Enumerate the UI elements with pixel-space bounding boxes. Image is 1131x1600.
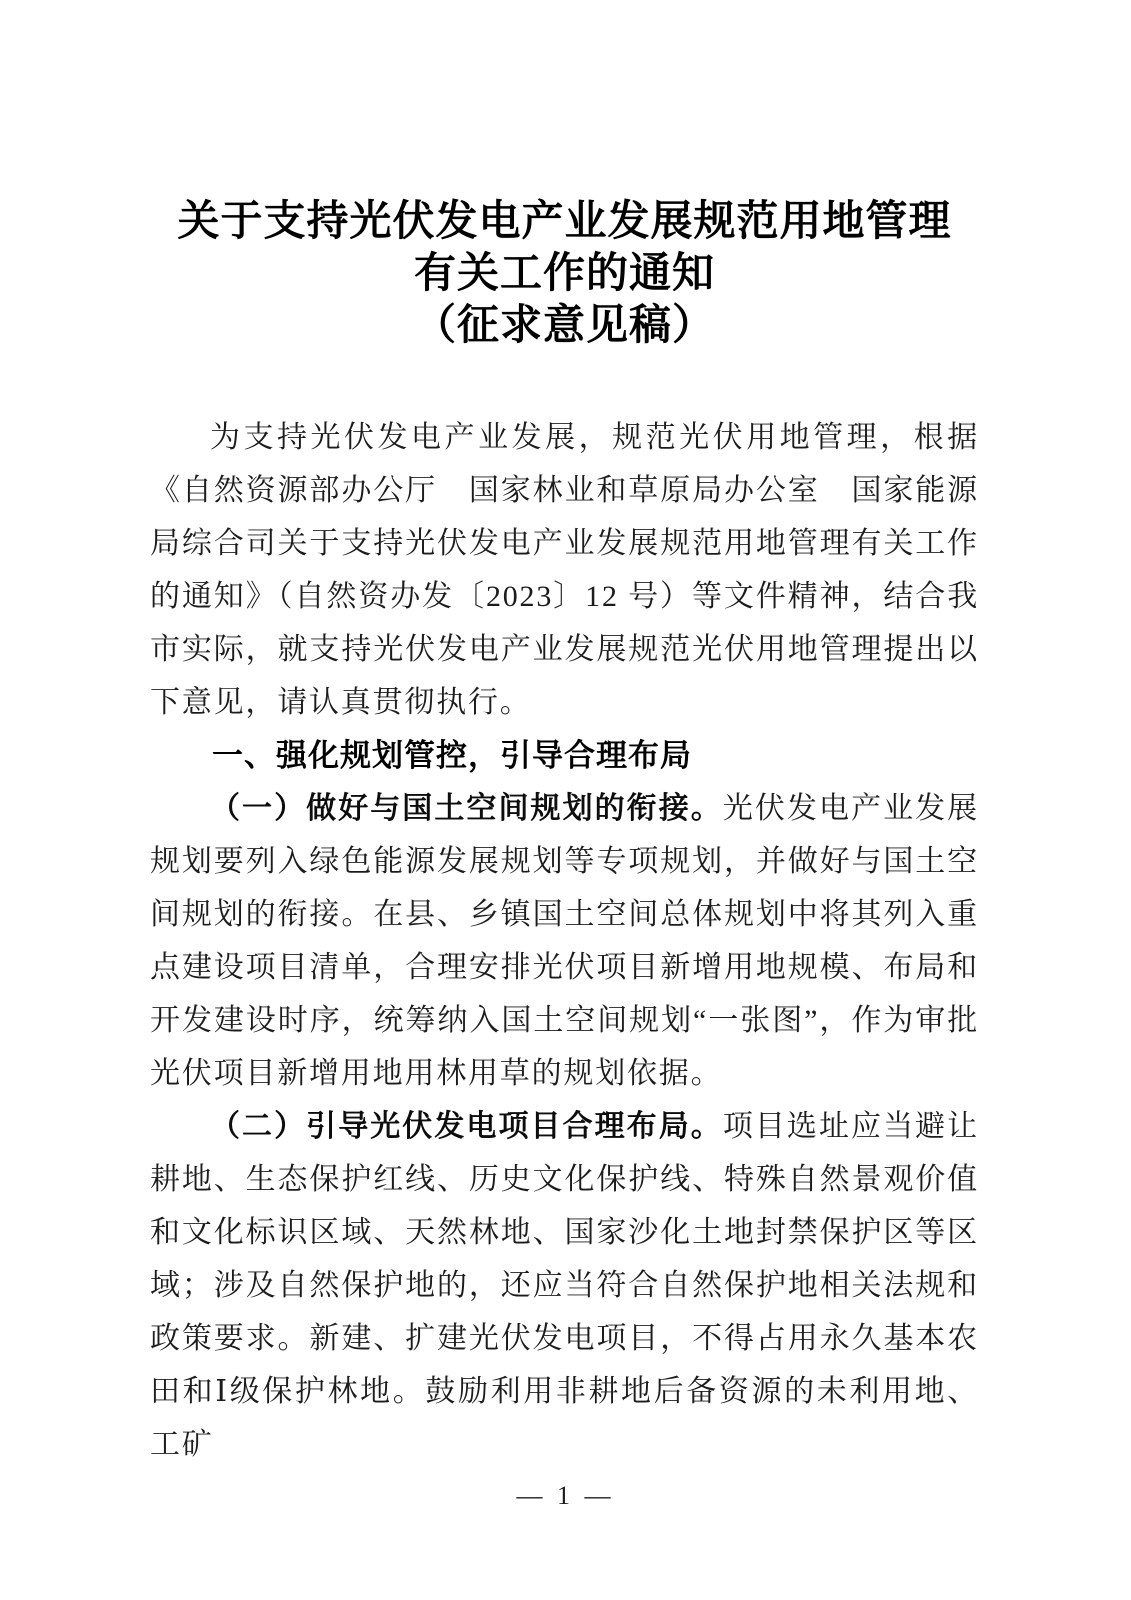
item-2-text: 项目选址应当避让耕地、生态保护红线、历史文化保护线、特殊自然景观价值和文化标识区…	[150, 1110, 979, 1461]
item-2-lead: （二）引导光伏发电项目合理布局。	[210, 1110, 723, 1143]
item-1-text: 光伏发电产业发展规划要列入绿色能源发展规划等专项规划，并做好与国土空间规划的衔接…	[150, 792, 979, 1090]
document-title: 关于支持光伏发电产业发展规范用地管理 有关工作的通知 （征求意见稿）	[150, 28, 979, 351]
section-1-item-1: （一）做好与国土空间规划的衔接。光伏发电产业发展规划要列入绿色能源发展规划等专项…	[150, 782, 979, 1100]
document-body: 为支持光伏发电产业发展，规范光伏用地管理，根据《自然资源部办公厅 国家林业和草原…	[150, 411, 979, 1471]
title-line-3: （征求意见稿）	[150, 299, 979, 351]
page-number: — 1 —	[0, 1480, 1131, 1512]
intro-paragraph: 为支持光伏发电产业发展，规范光伏用地管理，根据《自然资源部办公厅 国家林业和草原…	[150, 411, 979, 729]
document-content: 关于支持光伏发电产业发展规范用地管理 有关工作的通知 （征求意见稿） 为支持光伏…	[150, 0, 979, 1471]
section-1-item-2: （二）引导光伏发电项目合理布局。项目选址应当避让耕地、生态保护红线、历史文化保护…	[150, 1100, 979, 1471]
document-page: 关于支持光伏发电产业发展规范用地管理 有关工作的通知 （征求意见稿） 为支持光伏…	[0, 0, 1131, 1600]
item-1-lead: （一）做好与国土空间规划的衔接。	[210, 792, 723, 825]
section-1-heading: 一、强化规划管控，引导合理布局	[150, 729, 979, 782]
title-line-1: 关于支持光伏发电产业发展规范用地管理	[150, 195, 979, 247]
title-line-2: 有关工作的通知	[150, 247, 979, 299]
